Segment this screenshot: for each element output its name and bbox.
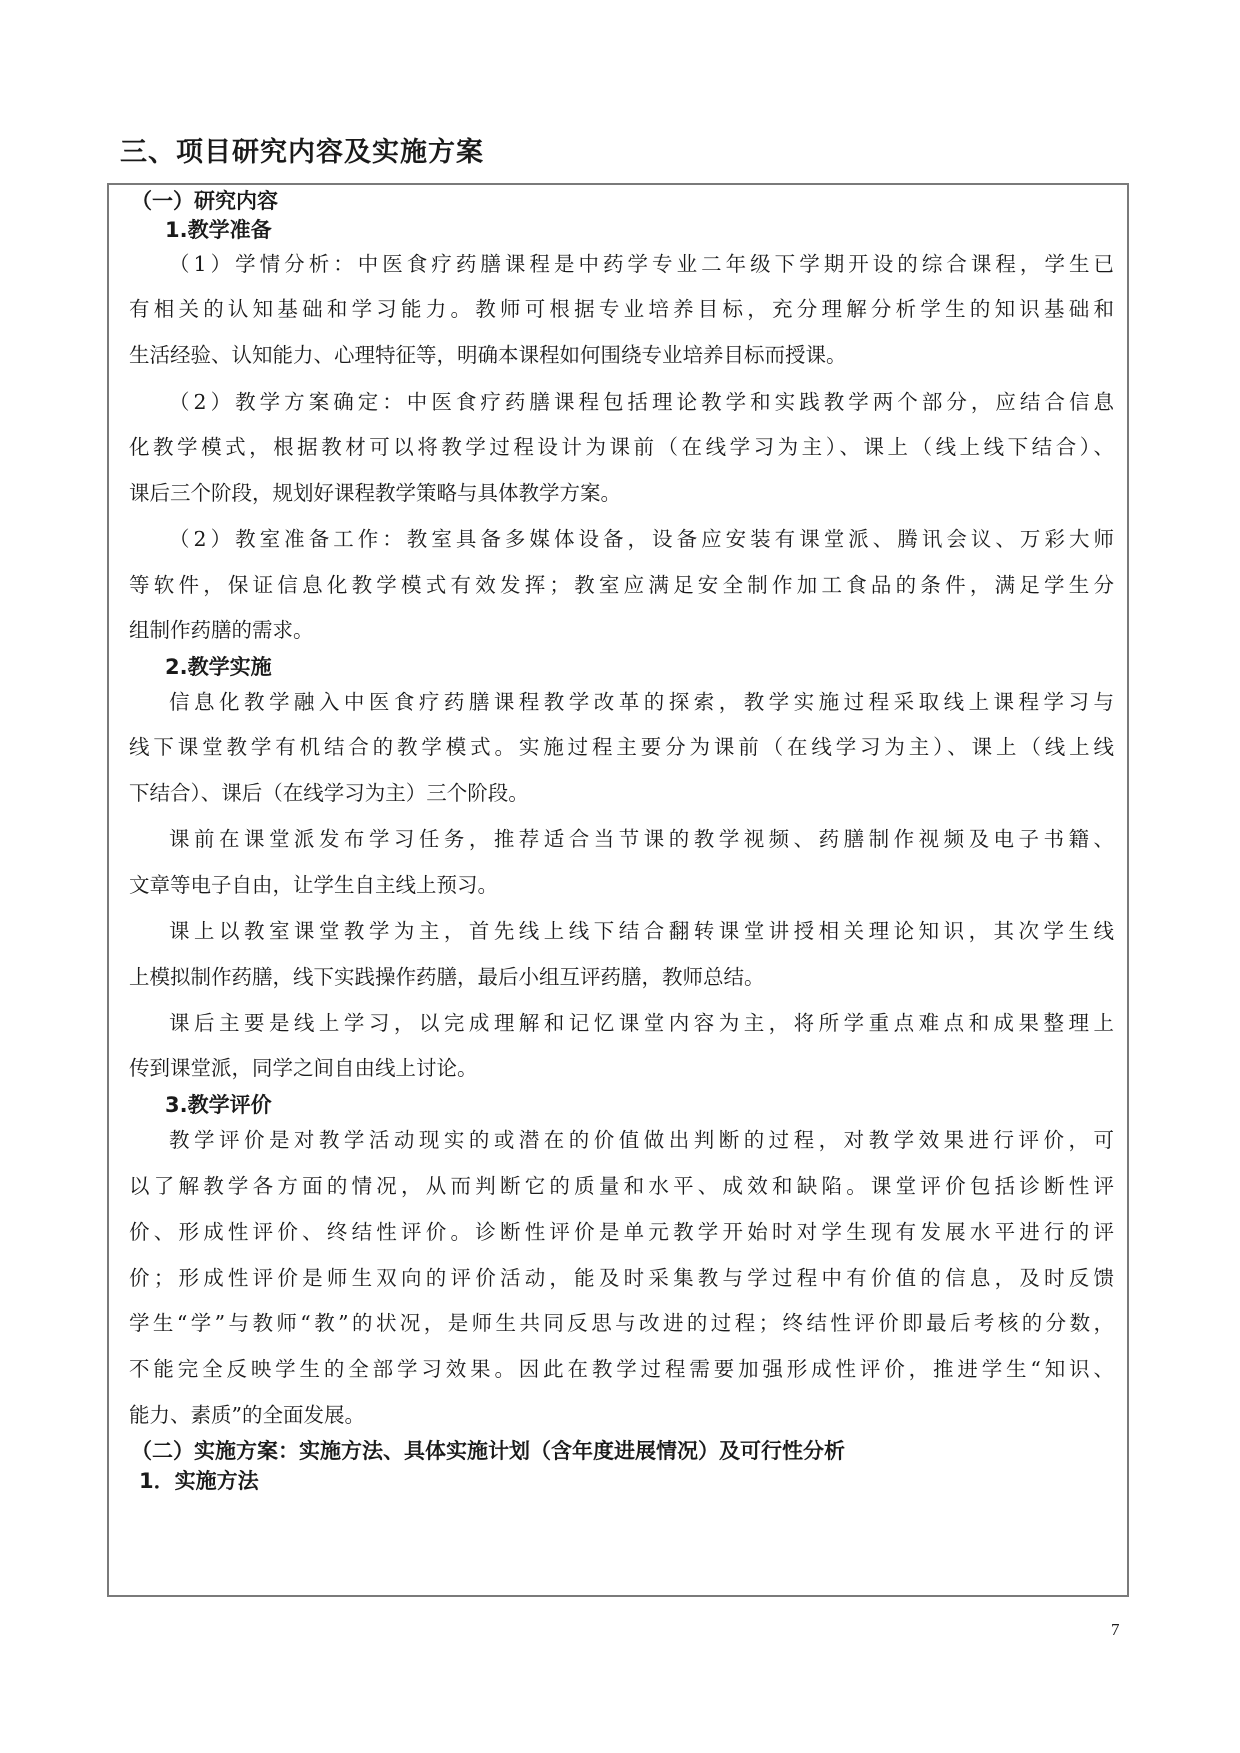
paragraph-line: 信息化教学融入中医食疗药膳课程教学改革的探索，教学实施过程采取线上课程学习与	[169, 690, 1114, 714]
paragraph-line: 组制作药膳的需求。	[129, 618, 1114, 642]
paragraph-line: 下结合）、课后（在线学习为主）三个阶段。	[129, 781, 1114, 805]
paragraph-line: 价；形成性评价是师生双向的评价活动，能及时采集教与学过程中有价值的信息，及时反馈	[129, 1266, 1114, 1290]
paragraph-line: 价、形成性评价、终结性评价。诊断性评价是单元教学开始时对学生现有发展水平进行的评	[129, 1220, 1114, 1244]
paragraph-line: 化教学模式，根据教材可以将教学过程设计为课前（在线学习为主）、课上（线上线下结合…	[129, 435, 1114, 459]
paragraph-line: 有相关的认知基础和学习能力。教师可根据专业培养目标，充分理解分析学生的知识基础和	[129, 297, 1114, 321]
paragraph-line: 课上以教室课堂教学为主，首先线上线下结合翻转课堂讲授相关理论知识，其次学生线	[169, 919, 1114, 943]
paragraph-line: 课后三个阶段，规划好课程教学策略与具体教学方案。	[129, 481, 1114, 505]
paragraph-line: 等软件，保证信息化教学模式有效发挥；教室应满足安全制作加工食品的条件，满足学生分	[129, 573, 1114, 597]
paragraph-line: 学生“学”与教师“教”的状况，是师生共同反思与改进的过程；终结性评价即最后考核的…	[129, 1311, 1114, 1335]
paragraph-line: 课后主要是线上学习，以完成理解和记忆课堂内容为主，将所学重点难点和成果整理上	[169, 1011, 1114, 1035]
subheading-teaching-evaluation: 3.教学评价	[165, 1093, 272, 1117]
paragraph-line: 生活经验、认知能力、心理特征等，明确本课程如何围绕专业培养目标而授课。	[129, 343, 1114, 367]
subheading-teaching-implementation: 2.教学实施	[165, 655, 272, 679]
paragraph-line: 教学评价是对教学活动现实的或潜在的价值做出判断的过程，对教学效果进行评价，可	[169, 1128, 1114, 1152]
subheading-implementation-method: 1．实施方法	[139, 1469, 259, 1493]
paragraph-line: 能力、素质”的全面发展。	[129, 1403, 1114, 1427]
paragraph-line: （2）教学方案确定：中医食疗药膳课程包括理论教学和实践教学两个部分，应结合信息	[169, 390, 1114, 414]
paragraph-line: 文章等电子自由，让学生自主线上预习。	[129, 873, 1114, 897]
heading-research-content: （一）研究内容	[131, 189, 278, 213]
section-title: 三、项目研究内容及实施方案	[120, 130, 484, 169]
content-box: （一）研究内容 1.教学准备 （1）学情分析：中医食疗药膳课程是中药学专业二年级…	[107, 183, 1129, 1597]
paragraph-line: 线下课堂教学有机结合的教学模式。实施过程主要分为课前（在线学习为主）、课上（线上…	[129, 735, 1114, 759]
paragraph-line: 课前在课堂派发布学习任务，推荐适合当节课的教学视频、药膳制作视频及电子书籍、	[169, 827, 1114, 851]
paragraph-line: （1）学情分析：中医食疗药膳课程是中药学专业二年级下学期开设的综合课程，学生已	[169, 252, 1114, 276]
heading-implementation-plan: （二）实施方案：实施方法、具体实施计划（含年度进展情况）及可行性分析	[131, 1439, 845, 1463]
page-number: 7	[1111, 1620, 1120, 1640]
paragraph-line: 以了解教学各方面的情况，从而判断它的质量和水平、成效和缺陷。课堂评价包括诊断性评	[129, 1174, 1114, 1198]
paragraph-line: 传到课堂派，同学之间自由线上讨论。	[129, 1056, 1114, 1080]
paragraph-line: 上模拟制作药膳，线下实践操作药膳，最后小组互评药膳，教师总结。	[129, 965, 1114, 989]
paragraph-line: 不能完全反映学生的全部学习效果。因此在教学过程需要加强形成性评价，推进学生“知识…	[129, 1357, 1114, 1381]
subheading-teaching-preparation: 1.教学准备	[165, 218, 272, 242]
paragraph-line: （2）教室准备工作：教室具备多媒体设备，设备应安装有课堂派、腾讯会议、万彩大师	[169, 527, 1114, 551]
